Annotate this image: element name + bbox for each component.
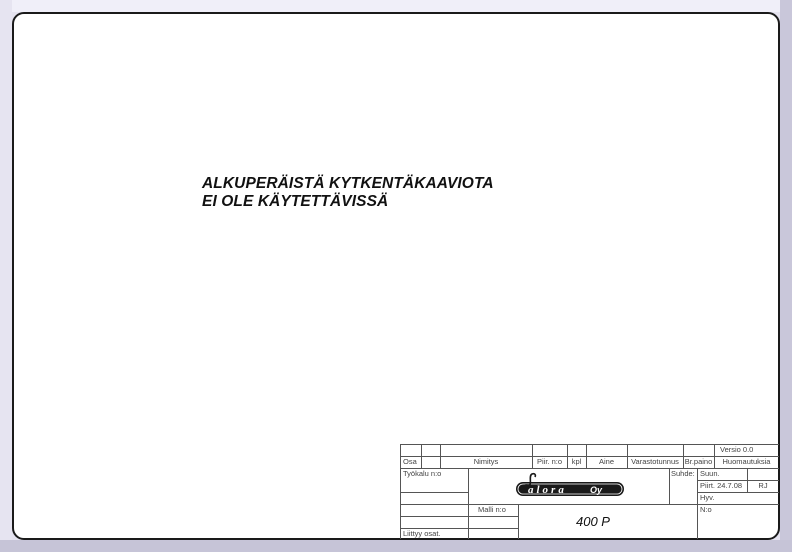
header-varastotunnus: Varastotunnus	[627, 456, 683, 468]
tb-vline	[421, 444, 422, 468]
tb-vline	[669, 468, 670, 504]
model-number: 400 P	[576, 514, 610, 529]
tb-hline	[400, 516, 518, 517]
header-osa: Osa	[403, 456, 417, 468]
salora-logo-icon: alora Oy	[514, 472, 626, 500]
notice-line-2: EI OLE KÄYTETTÄVISSÄ	[202, 193, 494, 211]
header-nimitys: Nimitys	[440, 456, 532, 468]
unavailable-notice: ALKUPERÄISTÄ KYTKENTÄKAAVIOTA EI OLE KÄY…	[202, 175, 494, 211]
tb-vline	[697, 468, 698, 539]
tb-hline	[400, 492, 468, 493]
suhde-label: Suhde:	[671, 468, 695, 480]
tb-vline	[400, 444, 401, 539]
tb-hline	[400, 468, 779, 469]
window-bevel-bottom	[0, 540, 792, 552]
header-aine: Aine	[586, 456, 627, 468]
window-bevel-left	[0, 0, 12, 552]
liittyy-osat-label: Liittyy osat.	[403, 528, 441, 540]
version-label: Versio 0.0	[720, 444, 753, 456]
no-label: N:o	[700, 504, 712, 516]
tyokalu-no-label: Työkalu n:o	[403, 468, 441, 480]
piirt-initials: RJ	[747, 480, 779, 492]
tb-hline	[400, 504, 779, 505]
piirt-label: Piirt. 24.7.08	[700, 480, 742, 492]
suun-label: Suun.	[700, 468, 720, 480]
tb-vline	[518, 504, 519, 539]
svg-text:alora: alora	[528, 484, 567, 496]
header-br-paino: Br.paino	[683, 456, 714, 468]
header-kpl: kpl	[567, 456, 586, 468]
svg-text:Oy: Oy	[590, 485, 603, 495]
header-huomautuksia: Huomautuksia	[714, 456, 779, 468]
malli-no-label: Malli n:o	[478, 504, 506, 516]
hyv-label: Hyv.	[700, 492, 714, 504]
tb-vline	[468, 468, 469, 539]
window-bevel-right	[780, 0, 792, 552]
window-bevel-top	[0, 0, 792, 12]
header-piir-no: Piir. n:o	[532, 456, 567, 468]
notice-line-1: ALKUPERÄISTÄ KYTKENTÄKAAVIOTA	[202, 175, 494, 193]
